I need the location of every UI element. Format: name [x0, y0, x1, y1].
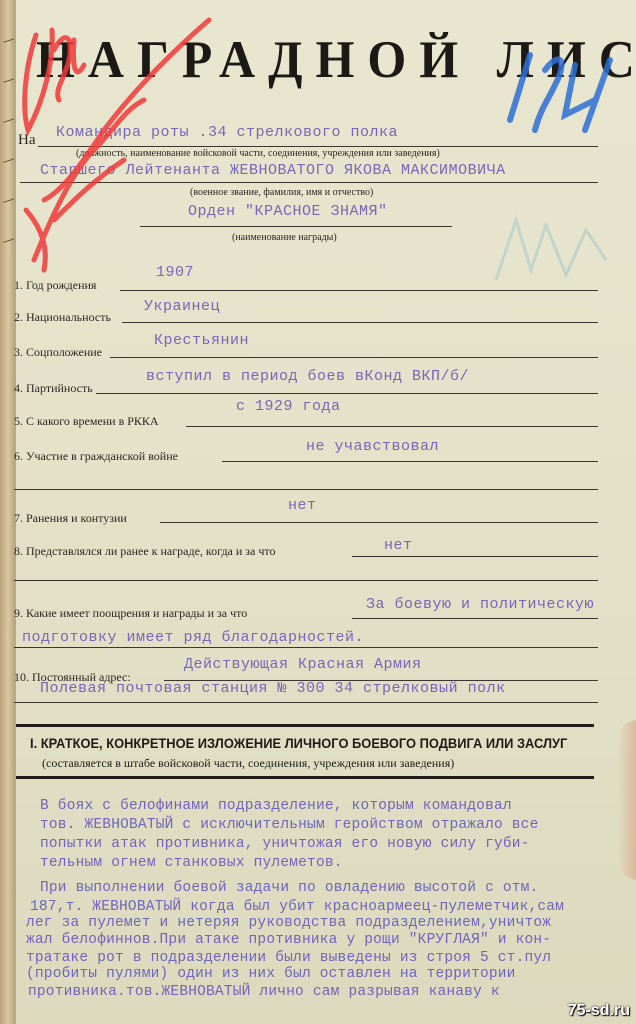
rkka-since-value: с 1929 года: [236, 398, 341, 415]
birth-year-value: 1907: [156, 264, 194, 281]
previous-awards-value: нет: [384, 537, 413, 554]
section-bottom-rule: [16, 776, 594, 779]
position-value: Командира роты .34 стрелкового полка: [56, 124, 398, 141]
name-caption: (военное звание, фамилия, имя и отчество…: [190, 187, 373, 198]
site-watermark: 75-sd.ru: [568, 1002, 630, 1020]
award-caption: (наименование награды): [232, 232, 337, 243]
civil-war-value: не учавствовал: [306, 438, 439, 455]
address-value: Действующая Красная Армия: [184, 656, 422, 673]
finger-shadow: [618, 720, 636, 880]
name-line: [20, 182, 598, 183]
award-line: [140, 226, 452, 227]
faint-stamp-mark: [486, 200, 616, 300]
commendations-value: За боевую и политическую: [366, 596, 594, 613]
commendations-value-line2: подготовку имеет ряд благодарностей.: [22, 629, 364, 646]
position-caption: (должность, наименование войсковой части…: [76, 148, 440, 159]
name-value: Старшего Лейтенанта ЖЕВНОВАТОГО ЯКОВА МА…: [40, 162, 506, 179]
social-status-value: Крестьянин: [154, 332, 249, 349]
party-value: вступил в период боев вКонд ВКП/б/: [146, 368, 469, 385]
section-subheading: (составляется в штабе войсковой части, с…: [42, 756, 454, 771]
section-top-rule: [16, 724, 594, 727]
position-line: [38, 146, 598, 147]
award-value: Орден "КРАСНОЕ ЗНАМЯ": [188, 203, 388, 220]
na-label: На: [18, 132, 36, 149]
document-title: НАГРАДНОЙ ЛИСТ: [36, 29, 596, 90]
wounds-value: нет: [288, 497, 317, 514]
nationality-value: Украинец: [144, 298, 220, 315]
section-heading: I. КРАТКОЕ, КОНКРЕТНОЕ ИЗЛОЖЕНИЕ ЛИЧНОГО…: [30, 735, 567, 751]
address-value-line2: Полевая почтовая станция № 300 34 стрелк…: [40, 680, 506, 697]
